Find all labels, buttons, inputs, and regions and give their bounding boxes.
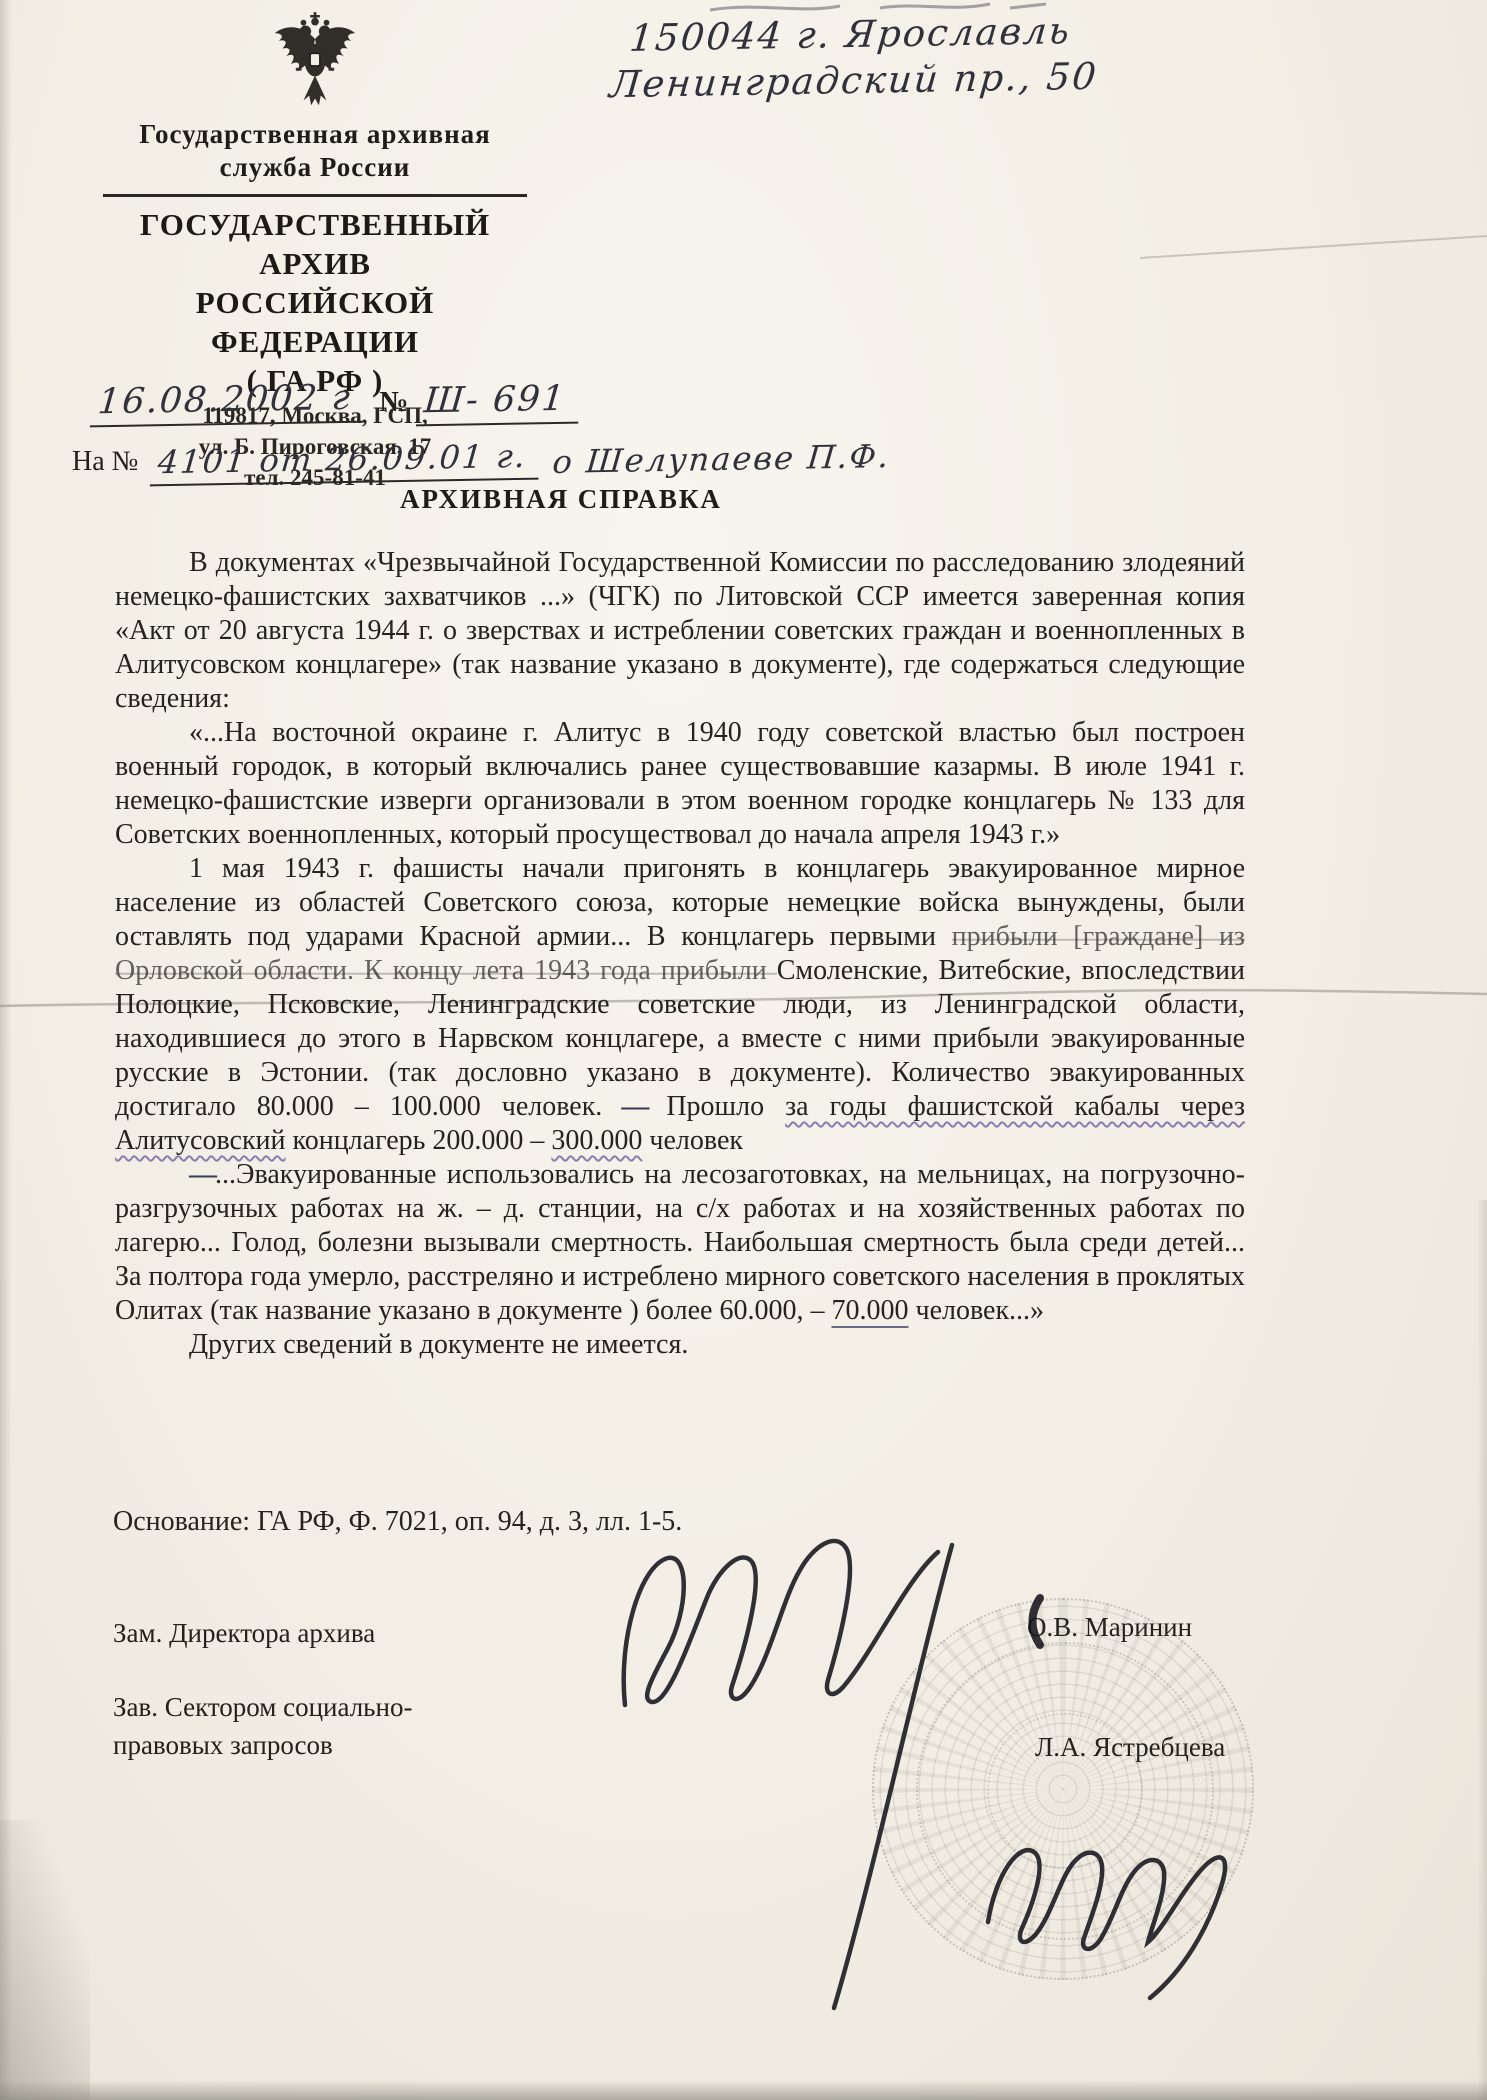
- signature1-icon: [624, 1541, 938, 1705]
- signature1-ink-blot: [1033, 1598, 1041, 1645]
- scanned-archival-letter: { "letterhead": { "coat_of_arms_icon": "…: [0, 0, 1487, 2100]
- signature2-icon: [988, 1850, 1225, 1998]
- handwritten-signatures: [0, 0, 1487, 2100]
